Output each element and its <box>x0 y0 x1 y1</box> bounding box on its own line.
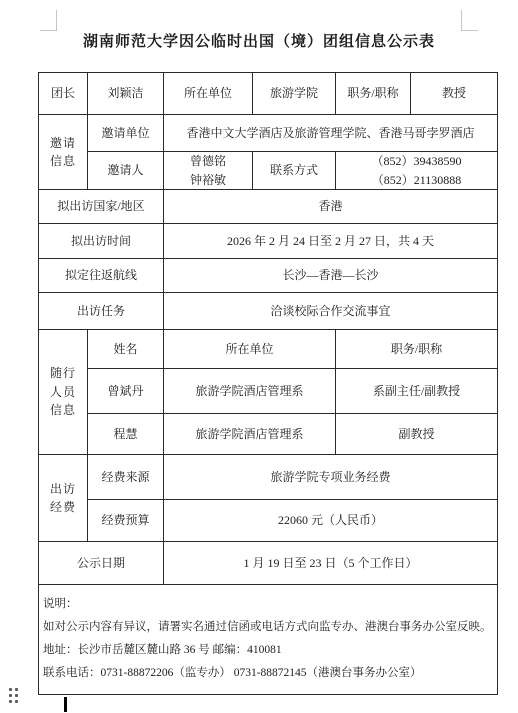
notes-address: 地址：长沙市岳麓区麓山路 36 号 邮编：410081 <box>43 639 495 662</box>
crop-mark-top-right-icon <box>461 10 478 31</box>
invite-unit-label: 邀请单位 <box>88 115 164 152</box>
entourage-member-unit: 旅游学院酒店管理系 <box>164 414 336 455</box>
notes-row: 说明： 如对公示内容有异议，请署实名通过信函或电话方式向监专办、港澳台事务办公室… <box>39 585 498 695</box>
invite-contact-numbers: （852）39438590 （852）21130888 <box>336 152 498 190</box>
invite-section-label: 邀请 信息 <box>39 115 88 190</box>
notes-cell: 说明： 如对公示内容有异议，请署实名通过信函或电话方式向监专办、港澳台事务办公室… <box>39 585 498 695</box>
entourage-member-name: 程慧 <box>88 414 164 455</box>
notes-heading: 说明： <box>43 593 495 616</box>
text-cursor <box>64 697 67 712</box>
info-table: 团长 刘颖洁 所在单位 旅游学院 职务/职称 教授 邀请 信息 邀请单位 香港中… <box>38 72 498 695</box>
task-label: 出访任务 <box>39 293 164 330</box>
time-value: 2026 年 2 月 24 日至 2 月 27 日，共 4 天 <box>164 224 498 259</box>
drag-handle-dots-icon <box>9 688 18 703</box>
entourage-member-unit: 旅游学院酒店管理系 <box>164 369 336 414</box>
entourage-row: 曾斌丹 旅游学院酒店管理系 系副主任/副教授 <box>39 369 498 414</box>
route-value: 长沙—香港—长沙 <box>164 259 498 293</box>
page-title: 湖南师范大学因公临时出国（境）团组信息公示表 <box>0 30 518 51</box>
invite-contact-label: 联系方式 <box>253 152 336 190</box>
entourage-header-unit: 所在单位 <box>164 330 336 369</box>
document-page[interactable]: 湖南师范大学因公临时出国（境）团组信息公示表 团长 刘颖洁 所在单位 旅游学院 … <box>0 0 518 713</box>
funding-section-label: 出访 经费 <box>39 455 88 542</box>
entourage-row: 程慧 旅游学院酒店管理系 副教授 <box>39 414 498 455</box>
crop-mark-top-left-icon <box>40 10 57 31</box>
leader-post-label: 职务/职称 <box>336 73 411 115</box>
notes-instruction: 如对公示内容有异议，请署实名通过信函或电话方式向监专办、港澳台事务办公室反映。 <box>43 616 495 639</box>
leader-name: 刘颖洁 <box>88 73 164 115</box>
funding-source-value: 旅游学院专项业务经费 <box>164 455 498 500</box>
entourage-member-post: 系副主任/副教授 <box>336 369 498 414</box>
invite-person-row: 邀请人 曾德铭 钟裕敏 联系方式 （852）39438590 （852）2113… <box>39 152 498 190</box>
time-label: 拟出访时间 <box>39 224 164 259</box>
invite-unit-row: 邀请 信息 邀请单位 香港中文大学酒店及旅游管理学院、香港马哥孛罗酒店 <box>39 115 498 152</box>
leader-row: 团长 刘颖洁 所在单位 旅游学院 职务/职称 教授 <box>39 73 498 115</box>
funding-source-label: 经费来源 <box>88 455 164 500</box>
leader-unit-value: 旅游学院 <box>253 73 336 115</box>
funding-budget-value: 22060 元（人民币） <box>164 500 498 542</box>
notes-phone: 联系电话：0731-88872206（监专办） 0731-88872145（港澳… <box>43 662 495 685</box>
entourage-header-name: 姓名 <box>88 330 164 369</box>
invite-person-label: 邀请人 <box>88 152 164 190</box>
route-row: 拟定往返航线 长沙—香港—长沙 <box>39 259 498 293</box>
leader-post-value: 教授 <box>411 73 498 115</box>
leader-label: 团长 <box>39 73 88 115</box>
entourage-member-post: 副教授 <box>336 414 498 455</box>
leader-unit-label: 所在单位 <box>164 73 253 115</box>
publicity-row: 公示日期 1 月 19 日至 23 日（5 个工作日） <box>39 542 498 585</box>
destination-row: 拟出访国家/地区 香港 <box>39 190 498 224</box>
funding-budget-label: 经费预算 <box>88 500 164 542</box>
invite-unit-value: 香港中文大学酒店及旅游管理学院、香港马哥孛罗酒店 <box>164 115 498 152</box>
destination-value: 香港 <box>164 190 498 224</box>
entourage-header-row: 随行 人员 信息 姓名 所在单位 职务/职称 <box>39 330 498 369</box>
route-label: 拟定往返航线 <box>39 259 164 293</box>
funding-source-row: 出访 经费 经费来源 旅游学院专项业务经费 <box>39 455 498 500</box>
task-row: 出访任务 洽谈校际合作交流事宜 <box>39 293 498 330</box>
funding-budget-row: 经费预算 22060 元（人民币） <box>39 500 498 542</box>
entourage-header-post: 职务/职称 <box>336 330 498 369</box>
time-row: 拟出访时间 2026 年 2 月 24 日至 2 月 27 日，共 4 天 <box>39 224 498 259</box>
invite-person-names: 曾德铭 钟裕敏 <box>164 152 253 190</box>
publicity-label: 公示日期 <box>39 542 164 585</box>
task-value: 洽谈校际合作交流事宜 <box>164 293 498 330</box>
entourage-member-name: 曾斌丹 <box>88 369 164 414</box>
destination-label: 拟出访国家/地区 <box>39 190 164 224</box>
publicity-value: 1 月 19 日至 23 日（5 个工作日） <box>164 542 498 585</box>
entourage-section-label: 随行 人员 信息 <box>39 330 88 455</box>
